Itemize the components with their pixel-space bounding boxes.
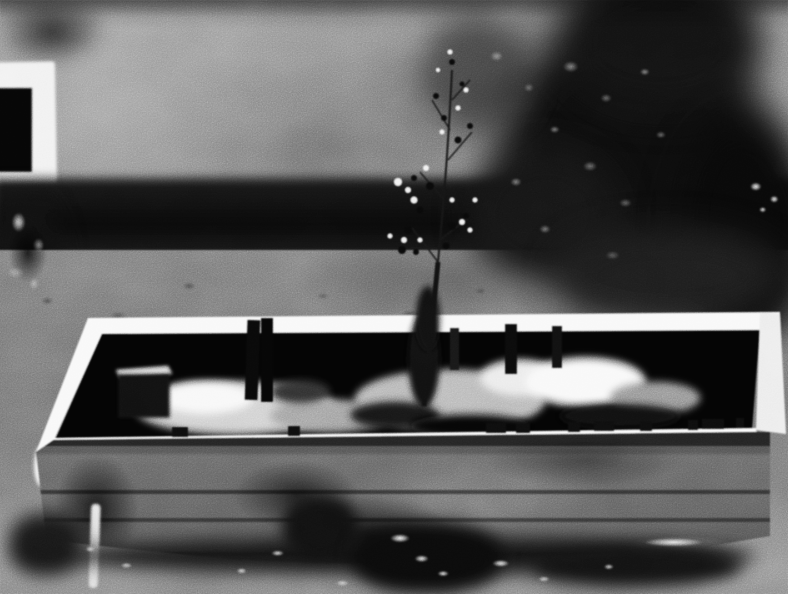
film-blotch-overlay — [0, 0, 788, 594]
photograph: Grainy black-and-white photograph of a l… — [0, 0, 788, 594]
